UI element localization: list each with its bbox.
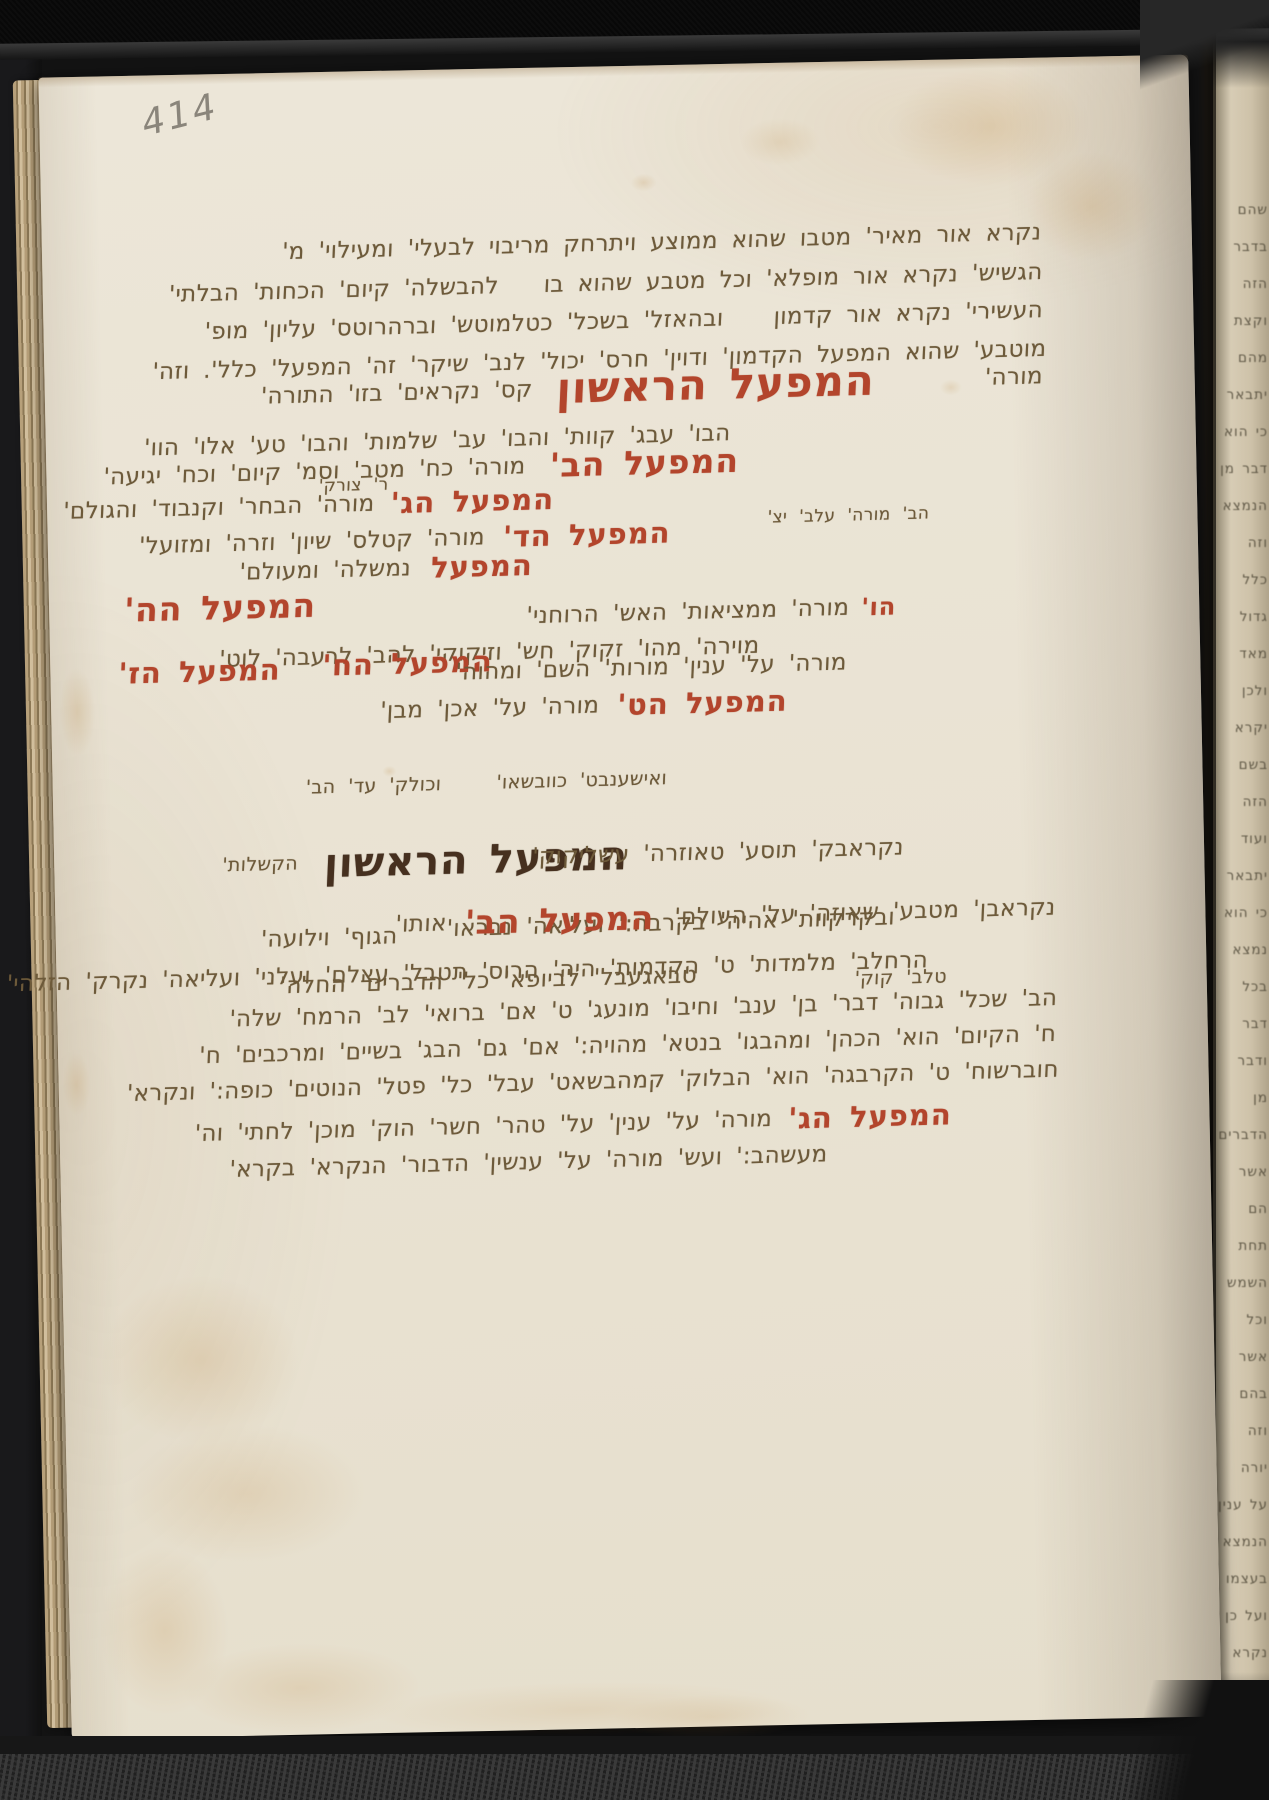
- foxing-stain: [1025, 150, 1157, 263]
- rubric-heading-fifth: המפעל הה': [123, 586, 317, 630]
- text-line: הגוף' וילועה': [260, 923, 398, 953]
- margin-rubric: המפעל הז': [118, 652, 282, 690]
- ink-text: נקראבן' מטבע' שאוזה' על' העולם': [673, 894, 1055, 930]
- text-line: העשירי' נקרא אור קדמון ובהאזל' בשכל' כטל…: [204, 297, 1044, 345]
- folio-number-pencil: 414: [137, 86, 222, 145]
- foxing-stain: [62, 1052, 91, 1117]
- marginal-note: טלב' קוק': [854, 965, 947, 989]
- foxing-stain: [371, 1678, 792, 1741]
- text-line: נקרא אור מאיר' מטבו שהוא ממוצע ויתרחק מר…: [282, 219, 1043, 265]
- ink-text: הגשיש' נקרא אור מופלא' וכל מטבע שהוא בו: [543, 259, 1043, 298]
- ink-text: הב' מורה' עלב' יצ': [767, 503, 930, 527]
- foxing-stain: [180, 1640, 422, 1735]
- rubric-heading-ninth: המפעל הט': [617, 684, 789, 723]
- ink-text: הקשלות': [222, 852, 299, 876]
- foxing-stain: [888, 65, 1090, 189]
- ink-text: מורה' על' ענין' על' טהר' חשר' הוק' מוכן'…: [194, 1106, 773, 1147]
- foxing-stain: [99, 1273, 302, 1447]
- margin-rubric: המפעל הה': [123, 586, 317, 630]
- ink-text: וכולק' עד' הב': [306, 773, 443, 799]
- ink-text: טלב' קוק': [854, 965, 947, 989]
- rubric-heading-second-lower: המפעל הב': [464, 898, 655, 942]
- manuscript-photo: שהם בדבר הזה וקצת מהם יתבאר כי הוא דבר מ…: [0, 0, 1269, 1800]
- rubric-heading-third-lower: המפעל הג': [787, 1097, 952, 1135]
- foxing-stain: [630, 173, 656, 192]
- ink-text: מורה' ממציאות' האש' הרוחני': [526, 595, 850, 629]
- rubric-heading: המפעל: [431, 548, 534, 585]
- foxing-stain: [739, 117, 820, 167]
- ink-text: אותו': [395, 910, 447, 937]
- ink-text: מורה': [984, 363, 1043, 391]
- ink-text: נמשלה' ומעולם': [239, 555, 412, 586]
- foxing-stain: [98, 1544, 231, 1717]
- rubric-heading-second: המפעל הב': [549, 441, 740, 485]
- ink-text: ובהאזל' בשכל' כטלמוטש' וברהרוטס' עליון' …: [204, 305, 724, 345]
- rubric-heading-seventh: המפעל הז': [118, 652, 282, 690]
- foxing-stain: [126, 1421, 369, 1566]
- ink-text: נקרא אור מאיר' מטבו שהוא ממוצע ויתרחק מר…: [282, 219, 1043, 265]
- ink-text: קס' נקראים' בזו' התורה': [260, 376, 533, 409]
- text-line-with-rubric: נקראבן' מטבע' שאוזה' על' העולם' המפעל הב…: [394, 887, 1056, 943]
- text-line-with-rubric: הו' מורה' ממציאות' האש' הרוחני': [526, 592, 897, 630]
- ink-text: מורה' על' אכן' מבן': [380, 692, 600, 724]
- rubric-heading-third: המפעל הג': [390, 482, 555, 520]
- foxing-stain: [611, 1693, 812, 1742]
- binding-corner-top-right: [1140, 0, 1269, 96]
- ink-text: ואישענבט' כוובשאו': [496, 767, 668, 794]
- rubric-heading-sixth: הו': [861, 592, 897, 621]
- marginal-note: הקשלות': [222, 852, 299, 876]
- ink-text: העשירי' נקרא אור קדמון: [773, 297, 1044, 330]
- binding-corner-bottom-right: [1095, 1680, 1269, 1800]
- facing-page-fore-edge: שהם בדבר הזה וקצת מהם יתבאר כי הוא דבר מ…: [1213, 42, 1269, 1742]
- text-line: ואישענבט' כוובשאו' וכולק' עד' הב': [306, 767, 668, 798]
- text-line-with-rubric: המפעל נמשלה' ומעולם': [239, 548, 534, 590]
- text-line-with-rubric: המפעל הט' מורה' על' אכן' מבן': [380, 684, 789, 729]
- rubric-heading-first: המפעל הראשון: [555, 356, 875, 413]
- marginal-note: הב' מורה' עלב' יצ': [767, 503, 930, 527]
- facing-page-text: שהם בדבר הזה וקצת מהם יתבאר כי הוא דבר מ…: [1216, 192, 1268, 1672]
- foxing-stain: [58, 667, 96, 758]
- ink-text: להבשלה' קיום' הכחות' הבלתי': [168, 273, 499, 308]
- ink-text: הגוף' וילועה': [260, 923, 398, 953]
- manuscript-page: 414 נקרא אור מאיר' מטבו שהוא ממוצע ויתרח…: [38, 55, 1221, 1740]
- text-line-with-rubric: המפעל הג' מורה' על' ענין' על' טהר' חשר' …: [194, 1097, 953, 1151]
- ink-text: מורה' הבחר' וקנבוד' והגולם': [62, 491, 375, 525]
- binding-cloth-bottom: [0, 1754, 1269, 1800]
